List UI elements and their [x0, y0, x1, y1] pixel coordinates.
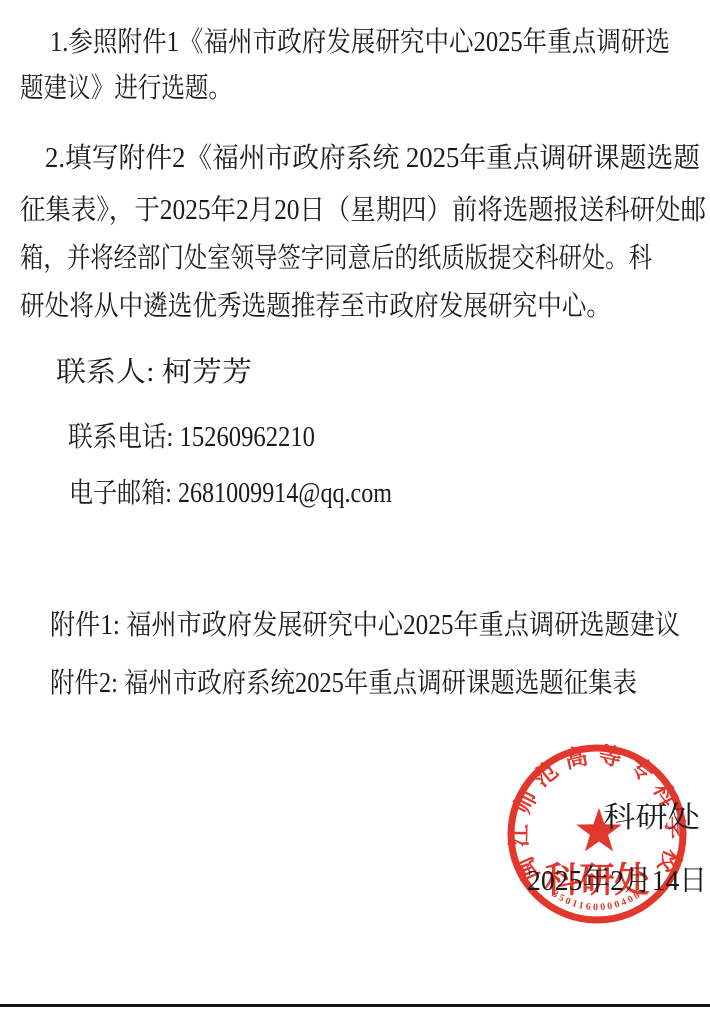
seal-graphic: 闽江师范高等专科学校 科研处 3501160000408 — [500, 744, 700, 934]
official-seal-stamp: 闽江师范高等专科学校 科研处 3501160000408 — [500, 744, 700, 934]
paragraph2-line4: 研处将从中遴选优秀选题推荐至市政府发展研究中心。 — [20, 290, 611, 324]
paragraph2-line1: 2.填写附件2《福州市政府系统 2025年重点调研课题选题 — [45, 142, 700, 176]
attachment-1: 附件1: 福州市政府发展研究中心2025年重点调研选题建议 — [50, 609, 680, 643]
contact-email: 电子邮箱: 2681009914@qq.com — [69, 477, 392, 511]
document-page: 1.参照附件1《福州市政府发展研究中心2025年重点调研选 题建议》进行选题。 … — [0, 0, 710, 1013]
contact-phone: 联系电话: 15260962210 — [68, 421, 315, 455]
scan-bottom-edge-line — [0, 1004, 710, 1007]
paragraph1-line2: 题建议》进行选题。 — [20, 72, 232, 106]
contact-person: 联系人: 柯芳芳 — [56, 356, 252, 390]
signature-date: 2025年2月14日 — [527, 864, 707, 898]
paragraph2-line2: 征集表》，于2025年2月20日（星期四）前将选题报送科研处邮 — [20, 194, 706, 228]
paragraph2-line3: 箱，并将经部门处室领导签字同意后的纸质版提交科研处。科 — [20, 242, 652, 276]
paragraph1-line1: 1.参照附件1《福州市政府发展研究中心2025年重点调研选 — [50, 26, 670, 60]
signature-department: 科研处 — [603, 801, 700, 835]
attachment-2: 附件2: 福州市政府系统2025年重点调研课题选题征集表 — [50, 667, 637, 701]
